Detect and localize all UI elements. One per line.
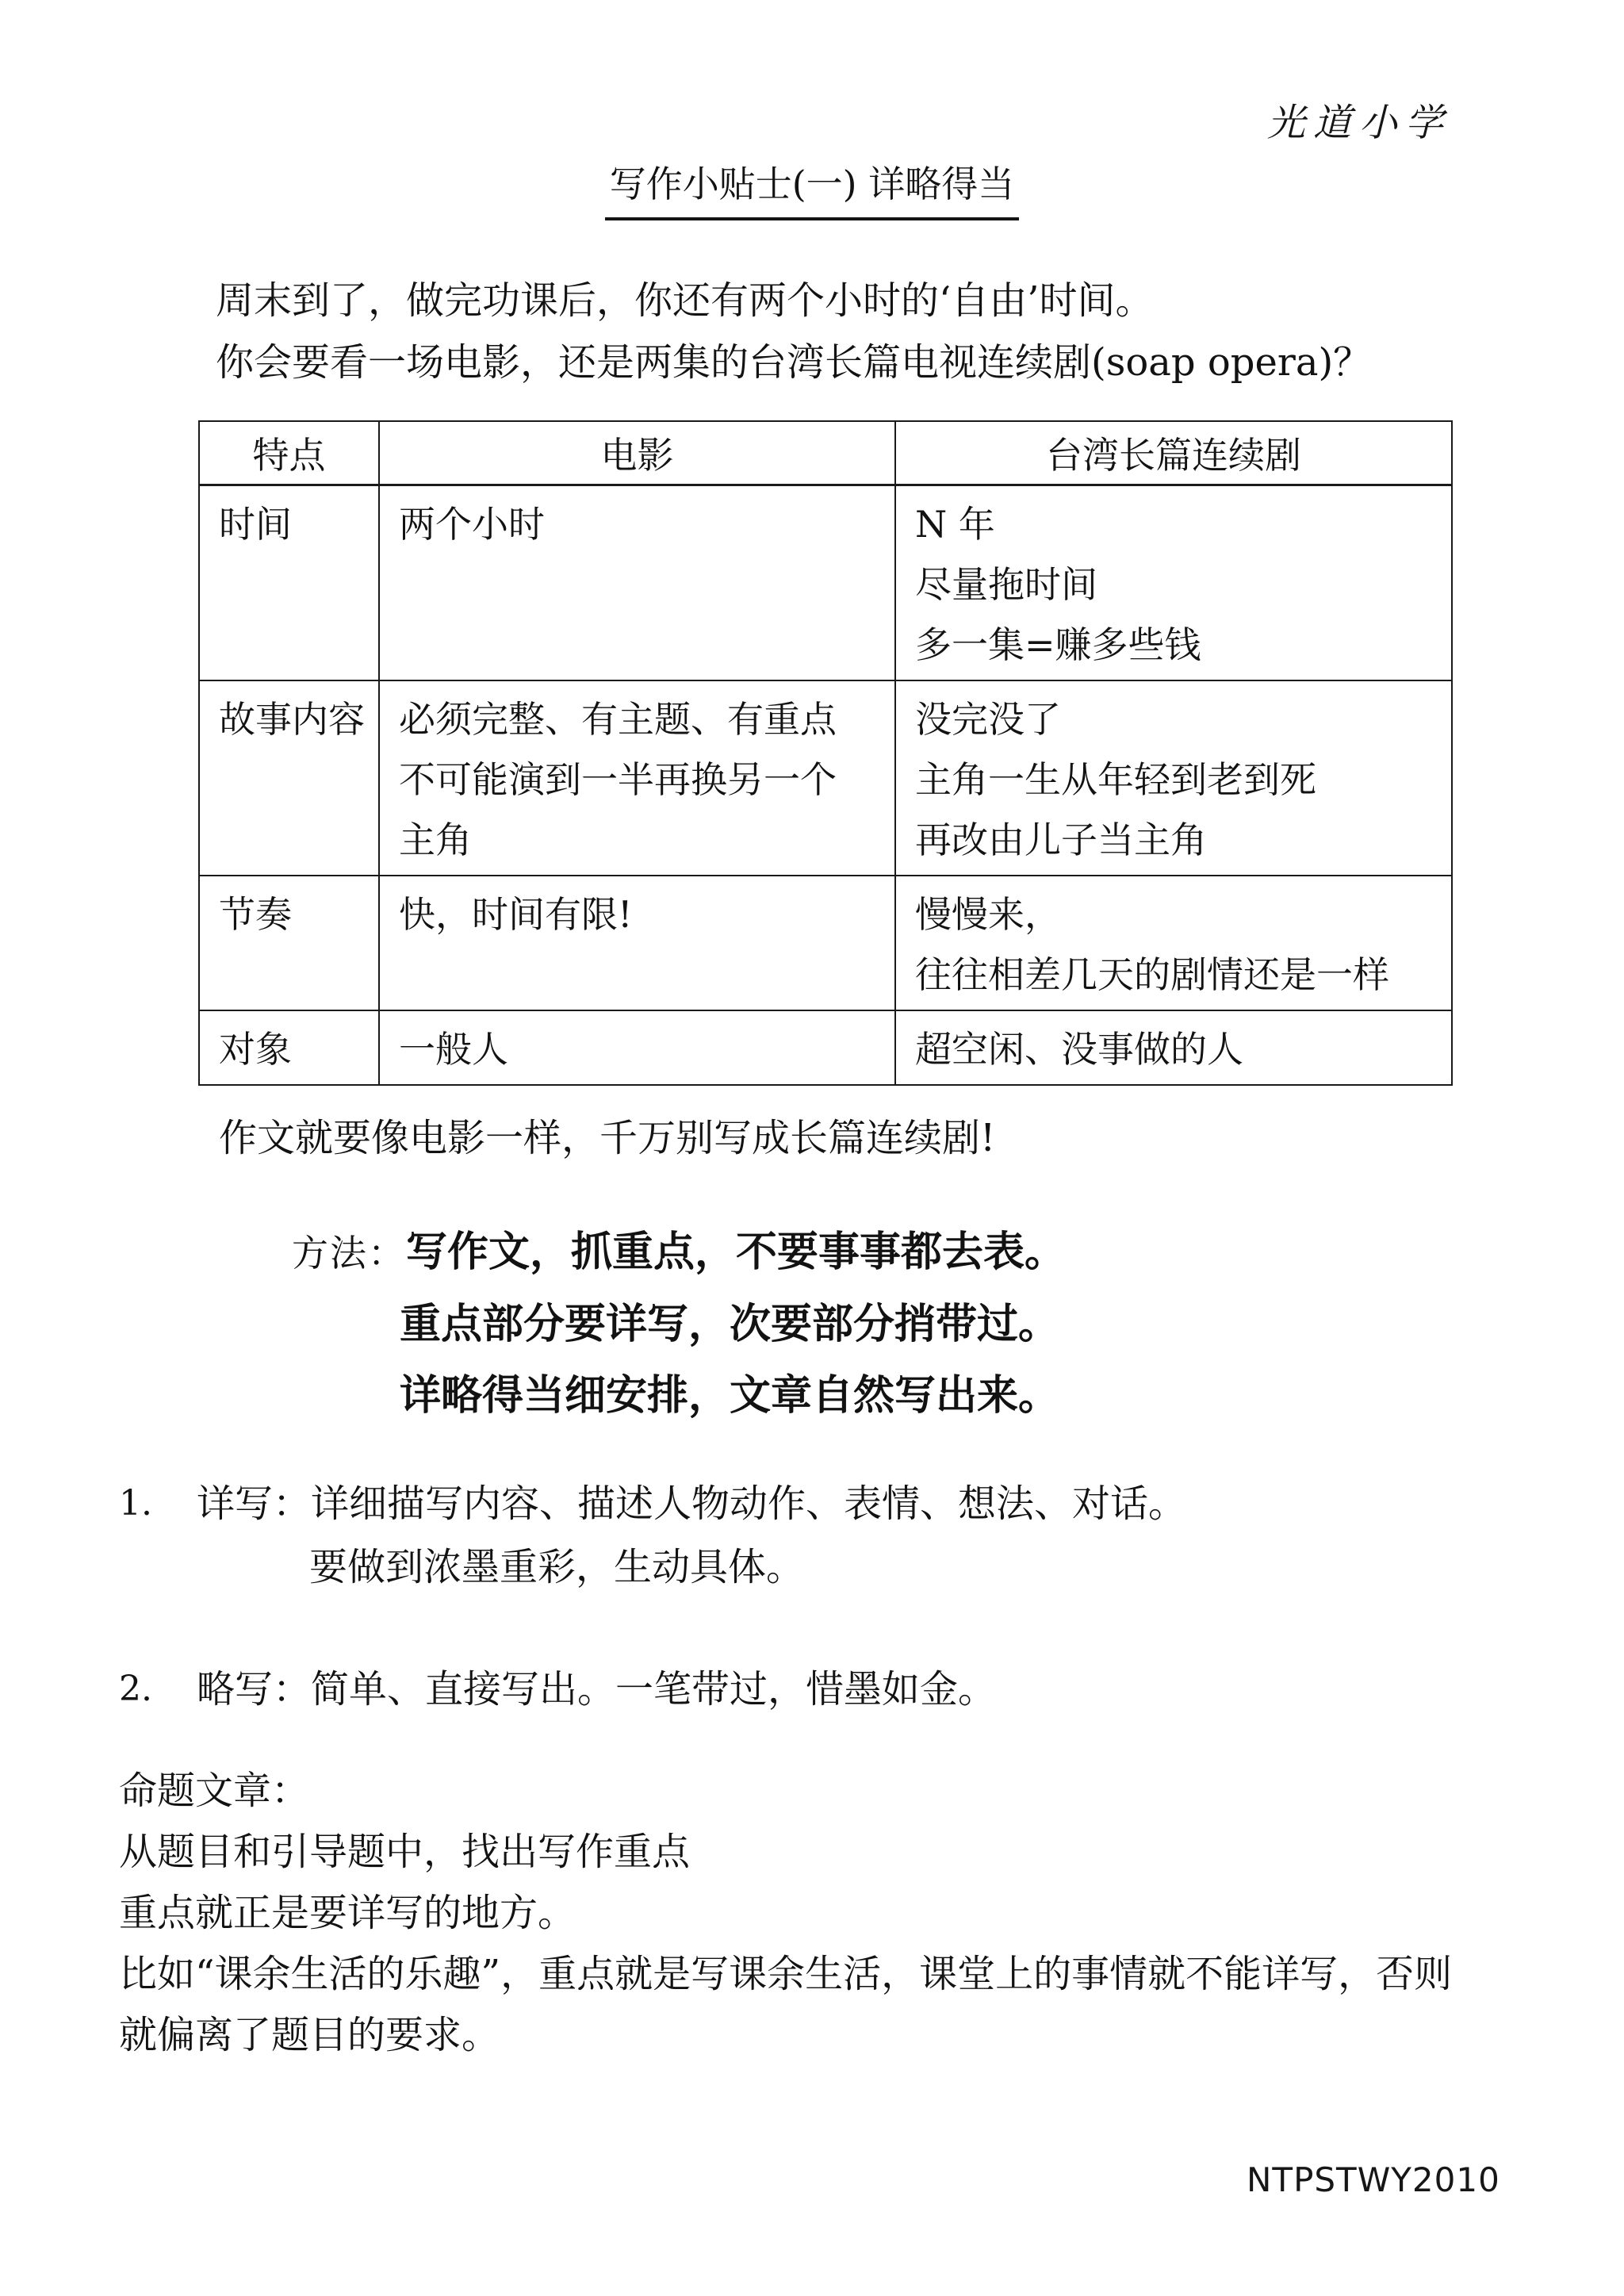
point-body: 略写：简单、直接写出。一笔带过，惜墨如金。	[197, 1658, 996, 1721]
method-label: 方法：	[292, 1232, 406, 1274]
feature-cell: 时间	[199, 485, 379, 681]
method-sentence: 写作文，抓重点，不要事事都去表。	[406, 1228, 1066, 1276]
method-line: 详略得当细安排，文章自然写出来。	[400, 1360, 1066, 1432]
table-cell-line: 时间	[219, 494, 362, 554]
drama-cell: 没完没了 主角一生从年轻到老到死 再改由儿子当主角	[895, 680, 1452, 876]
table-cell-line: 节奏	[219, 884, 362, 945]
column-header-movie: 电影	[379, 421, 895, 485]
column-header-drama: 台湾长篇连续剧	[895, 421, 1452, 485]
table-cell-line: 超空闲、没事做的人	[915, 1019, 1435, 1079]
topic-line: 从题目和引导题中，找出写作重点	[119, 1822, 1452, 1883]
intro-paragraph: 周末到了，做完功课后，你还有两个小时的‘自由’时间。 你会要看一场电影，还是两集…	[216, 270, 1371, 393]
method-line: 重点部分要详写，次要部分捎带过。	[400, 1289, 1066, 1360]
table-cell-line: 再改由儿子当主角	[915, 810, 1435, 870]
point-line: 详写：详细描写内容、描述人物动作、表情、想法、对话。	[197, 1472, 1186, 1535]
table-cell-line: 多一集=赚多些钱	[915, 615, 1435, 675]
topic-section: 命题文章： 从题目和引导题中，找出写作重点 重点就正是要详写的地方。 比如“课余…	[119, 1761, 1452, 2066]
table-cell-line: 故事内容	[219, 689, 362, 749]
worksheet-page: 光道小学 写作小贴士(一) 详略得当 周末到了，做完功课后，你还有两个小时的‘自…	[0, 0, 1624, 2296]
comparison-table: 特点 电影 台湾长篇连续剧 时间 两个小时 N 年 尽量拖时间 多一集=赚多些钱	[198, 420, 1453, 1086]
table-cell-line: 必须完整、有主题、有重点	[399, 689, 879, 749]
page-title: 写作小贴士(一) 详略得当	[605, 155, 1020, 220]
comparison-table-header: 特点 电影 台湾长篇连续剧	[199, 421, 1452, 485]
table-cell-line: 两个小时	[399, 494, 879, 554]
topic-line: 就偏离了题目的要求。	[119, 2005, 1452, 2066]
method-sentence: 重点部分要详写，次要部分捎带过。	[400, 1300, 1059, 1348]
feature-cell: 节奏	[199, 876, 379, 1010]
footer-document-code: NTPSTWY2010	[1247, 2160, 1500, 2199]
drama-cell: 慢慢来， 往往相差几天的剧情还是一样	[895, 876, 1452, 1010]
movie-cell: 一般人	[379, 1010, 895, 1085]
point-line: 要做到浓墨重彩，生动具体。	[309, 1535, 1186, 1599]
table-cell-line: N 年	[915, 494, 1435, 554]
movie-cell: 两个小时	[379, 485, 895, 681]
title-row: 写作小贴士(一) 详略得当	[0, 155, 1624, 220]
table-cell-line: 没完没了	[915, 689, 1435, 749]
table-row-time: 时间 两个小时 N 年 尽量拖时间 多一集=赚多些钱	[199, 485, 1452, 681]
point-number: 2.	[119, 1658, 197, 1721]
numbered-point-brief-writing: 2. 略写：简单、直接写出。一笔带过，惜墨如金。	[119, 1658, 996, 1721]
drama-cell: N 年 尽量拖时间 多一集=赚多些钱	[895, 485, 1452, 681]
point-line: 略写：简单、直接写出。一笔带过，惜墨如金。	[197, 1658, 996, 1721]
intro-line: 你会要看一场电影，还是两集的台湾长篇电视连续剧(soap opera)？	[216, 332, 1371, 393]
table-cell-line: 不可能演到一半再换另一个	[399, 749, 879, 810]
topic-heading: 命题文章：	[119, 1761, 1452, 1822]
intro-line: 周末到了，做完功课后，你还有两个小时的‘自由’时间。	[216, 270, 1371, 332]
numbered-point-detailed-writing: 1. 详写：详细描写内容、描述人物动作、表情、想法、对话。 要做到浓墨重彩，生动…	[119, 1472, 1186, 1599]
table-cell-line: 快，时间有限!	[399, 884, 879, 945]
feature-cell: 对象	[199, 1010, 379, 1085]
table-row-audience: 对象 一般人 超空闲、没事做的人	[199, 1010, 1452, 1085]
movie-cell: 快，时间有限!	[379, 876, 895, 1010]
method-sentence: 详略得当细安排，文章自然写出来。	[400, 1371, 1059, 1420]
table-header-row: 特点 电影 台湾长篇连续剧	[199, 421, 1452, 485]
table-cell-line: 对象	[219, 1019, 362, 1079]
conclusion-sentence: 作文就要像电影一样，千万别写成长篇连续剧!	[219, 1107, 995, 1162]
table-cell-line: 主角	[399, 810, 879, 870]
table-cell-line: 往往相差几天的剧情还是一样	[915, 945, 1435, 1005]
school-name: 光道小学	[1267, 92, 1451, 147]
drama-cell: 超空闲、没事做的人	[895, 1010, 1452, 1085]
point-number: 1.	[119, 1472, 197, 1599]
column-header-feature: 特点	[199, 421, 379, 485]
table-cell-line: 主角一生从年轻到老到死	[915, 749, 1435, 810]
movie-cell: 必须完整、有主题、有重点 不可能演到一半再换另一个 主角	[379, 680, 895, 876]
table-row-pace: 节奏 快，时间有限! 慢慢来， 往往相差几天的剧情还是一样	[199, 876, 1452, 1010]
feature-cell: 故事内容	[199, 680, 379, 876]
method-block: 方法：写作文，抓重点，不要事事都去表。 重点部分要详写，次要部分捎带过。 详略得…	[292, 1217, 1066, 1432]
topic-line: 重点就正是要详写的地方。	[119, 1883, 1452, 1944]
table-cell-line: 尽量拖时间	[915, 554, 1435, 615]
table-row-story: 故事内容 必须完整、有主题、有重点 不可能演到一半再换另一个 主角 没完没了 主…	[199, 680, 1452, 876]
point-body: 详写：详细描写内容、描述人物动作、表情、想法、对话。 要做到浓墨重彩，生动具体。	[197, 1472, 1186, 1599]
table-cell-line: 一般人	[399, 1019, 879, 1079]
topic-line: 比如“课余生活的乐趣”，重点就是写课余生活，课堂上的事情就不能详写，否则	[119, 1944, 1452, 2005]
method-line: 方法：写作文，抓重点，不要事事都去表。	[292, 1217, 1066, 1289]
table-cell-line: 慢慢来，	[915, 884, 1435, 945]
